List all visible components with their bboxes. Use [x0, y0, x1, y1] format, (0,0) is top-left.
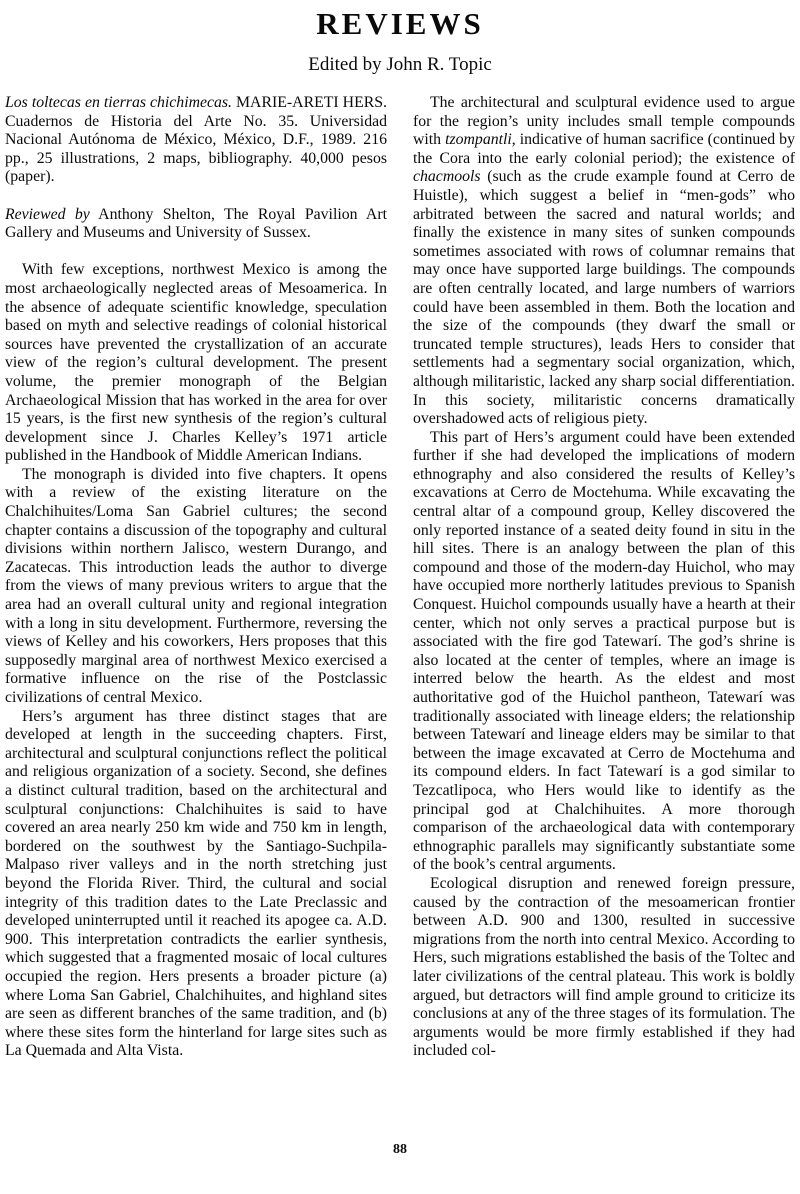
- two-column-text: Los toltecas en tierras chichimecas. MAR…: [0, 76, 800, 1061]
- text-segment: Reviewed by: [5, 206, 90, 223]
- paragraph-ethnography-huichol: This part of Hers’s argument could have …: [413, 429, 795, 875]
- text-segment: Ecological disruption and renewed foreig…: [413, 875, 795, 1059]
- text-segment: tzompantli: [445, 131, 512, 148]
- book-citation: Los toltecas en tierras chichimecas. MAR…: [5, 94, 387, 187]
- left-column: Los toltecas en tierras chichimecas. MAR…: [5, 94, 387, 1061]
- paragraph-three-stages: Hers’s argument has three distinct stage…: [5, 708, 387, 1061]
- paragraph-monograph-chapters: The monograph is divided into five chapt…: [5, 466, 387, 708]
- page-title: REVIEWS: [0, 6, 800, 42]
- paragraph-ecological-disruption: Ecological disruption and renewed foreig…: [413, 875, 795, 1061]
- text-segment: With few exceptions, northwest Mexico is…: [5, 261, 387, 464]
- right-column: The architectural and sculptural evidenc…: [413, 94, 795, 1061]
- paragraph-introduction: With few exceptions, northwest Mexico is…: [5, 261, 387, 466]
- reviewer-line: Reviewed by Anthony Shelton, The Royal P…: [5, 206, 387, 243]
- edited-by-line: Edited by John R. Topic: [0, 54, 800, 76]
- text-segment: (such as the crude example found at Cerr…: [413, 168, 795, 427]
- text-segment: The monograph is divided into five chapt…: [5, 466, 387, 706]
- journal-review-page: REVIEWS Edited by John R. Topic Los tolt…: [0, 0, 800, 1194]
- page-number: 88: [393, 1142, 407, 1157]
- paragraph-architectural-evidence: The architectural and sculptural evidenc…: [413, 94, 795, 429]
- text-segment: This part of Hers’s argument could have …: [413, 429, 795, 874]
- text-segment: chacmools: [413, 168, 481, 185]
- text-segment: Hers’s argument has three distinct stage…: [5, 708, 387, 1060]
- text-segment: Los toltecas en tierras chichimecas.: [5, 94, 232, 111]
- page-footer: 88: [0, 1140, 800, 1158]
